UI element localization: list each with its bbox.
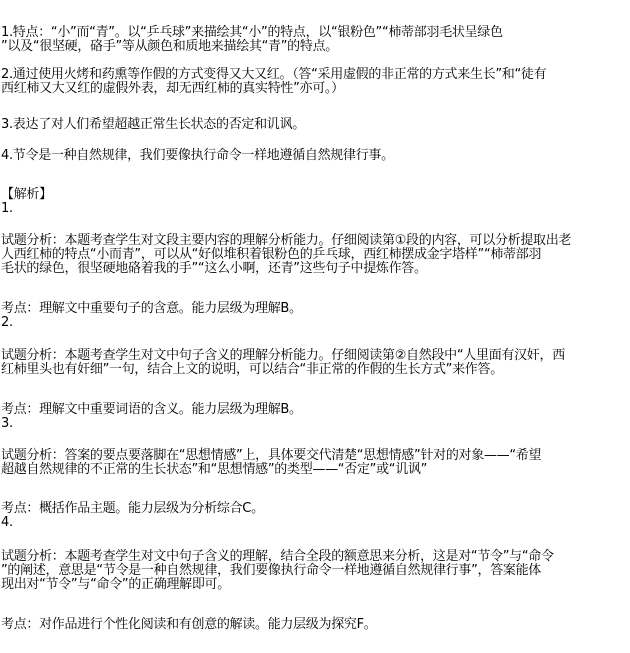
analysis-3-line-1: 试题分析：答案的要点要落脚在“思想情感”上，具体要交代清楚“思想情感”针对的对象… [1,449,629,463]
answer-3: 3.表达了对人们希望超越正常生长状态的否定和讥讽。 [1,118,629,132]
analysis-4-line-2: ”的阐述，意思是“节令是一种自然规律，我们要像执行命令一样地遵循自然规律行事”，… [1,564,629,578]
answer-2-line-1: 2.通过使用火烤和药熏等作假的方式变得又大又红。（答“采用虚假的非正常的方式来生… [1,68,629,82]
analysis-1-kaodian: 考点：理解文中重要句子的含意。能力层级为理解B。 2. [1,302,629,330]
analysis-2-kaodian-text: 考点：理解文中重要词语的含义。能力层级为理解B。 [1,403,629,417]
analysis-1-number: 1. [1,202,629,216]
analysis-2-number: 2. [1,316,629,330]
analysis-3-kaodian: 考点：概括作品主题。能力层级为分析综合C。 4. [1,502,629,530]
analysis-4-kaodian-text: 考点：对作品进行个性化阅读和有创意的解读。能力层级为探究F。 [1,618,629,632]
answer-3-line-1: 3.表达了对人们希望超越正常生长状态的否定和讥讽。 [1,118,629,132]
analysis-heading: 【解析】 1. [1,188,629,216]
answer-1-line-1: 1.特点：“小”而“青”。以“乒乓球”来描绘其“小”的特点，以“银粉色”“柿蒂部… [1,26,629,40]
analysis-3-number: 3. [1,417,629,431]
analysis-4-kaodian: 考点：对作品进行个性化阅读和有创意的解读。能力层级为探究F。 [1,618,629,632]
answer-document: 1.特点：“小”而“青”。以“乒乓球”来描绘其“小”的特点，以“银粉色”“柿蒂部… [0,0,630,653]
analysis-1-body: 试题分析：本题考查学生对文段主要内容的理解分析能力。仔细阅读第①段的内容，可以分… [1,234,629,276]
analysis-1-line-3: 毛状的绿色，很坚硬地硌着我的手”“这么小啊，还青”这些句子中提炼作答。 [1,262,629,276]
analysis-3-body: 试题分析：答案的要点要落脚在“思想情感”上，具体要交代清楚“思想情感”针对的对象… [1,449,629,477]
answer-1: 1.特点：“小”而“青”。以“乒乓球”来描绘其“小”的特点，以“银粉色”“柿蒂部… [1,26,629,54]
analysis-4-line-1: 试题分析：本题考查学生对文中句子含义的理解，结合全段的额意思来分析，这是对“节令… [1,550,629,564]
analysis-3-kaodian-text: 考点：概括作品主题。能力层级为分析综合C。 [1,502,629,516]
analysis-1-line-2: 人西红柿的特点“小而青”，可以从“好似堆积着银粉色的乒乓球，西红柿摆成金字塔样”… [1,248,629,262]
analysis-2-line-1: 试题分析：本题考查学生对文中句子含义的理解分析能力。仔细阅读第②自然段中“人里面… [1,349,629,363]
answer-2: 2.通过使用火烤和药熏等作假的方式变得又大又红。（答“采用虚假的非正常的方式来生… [1,68,629,96]
analysis-2-line-2: 红柿里头也有奸细”一句，结合上文的说明，可以结合“非正常的作假的生长方式”来作答… [1,363,629,377]
answer-2-line-2: 西红柿又大又红的虚假外表，却无西红柿的真实特性”亦可。） [1,82,629,96]
analysis-4-line-3: 现出对“节令”与“命令”的正确理解即可。 [1,578,629,592]
answer-4: 4.节令是一种自然规律，我们要像执行命令一样地遵循自然规律行事。 [1,149,629,163]
answer-1-line-2: ”以及“很坚硬，硌手”等从颜色和质地来描绘其“青”的特点。 [1,40,629,54]
analysis-1-line-1: 试题分析：本题考查学生对文段主要内容的理解分析能力。仔细阅读第①段的内容，可以分… [1,234,629,248]
analysis-4-number: 4. [1,516,629,530]
analysis-2-kaodian: 考点：理解文中重要词语的含义。能力层级为理解B。 3. [1,403,629,431]
analysis-4-body: 试题分析：本题考查学生对文中句子含义的理解，结合全段的额意思来分析，这是对“节令… [1,550,629,592]
answer-4-line-1: 4.节令是一种自然规律，我们要像执行命令一样地遵循自然规律行事。 [1,149,629,163]
analysis-2-body: 试题分析：本题考查学生对文中句子含义的理解分析能力。仔细阅读第②自然段中“人里面… [1,349,629,377]
analysis-3-line-2: 超越自然规律的不正常的生长状态”和“思想情感”的类型——“否定”或“讥讽” [1,463,629,477]
analysis-heading-text: 【解析】 [1,188,629,202]
analysis-1-kaodian-text: 考点：理解文中重要句子的含意。能力层级为理解B。 [1,302,629,316]
